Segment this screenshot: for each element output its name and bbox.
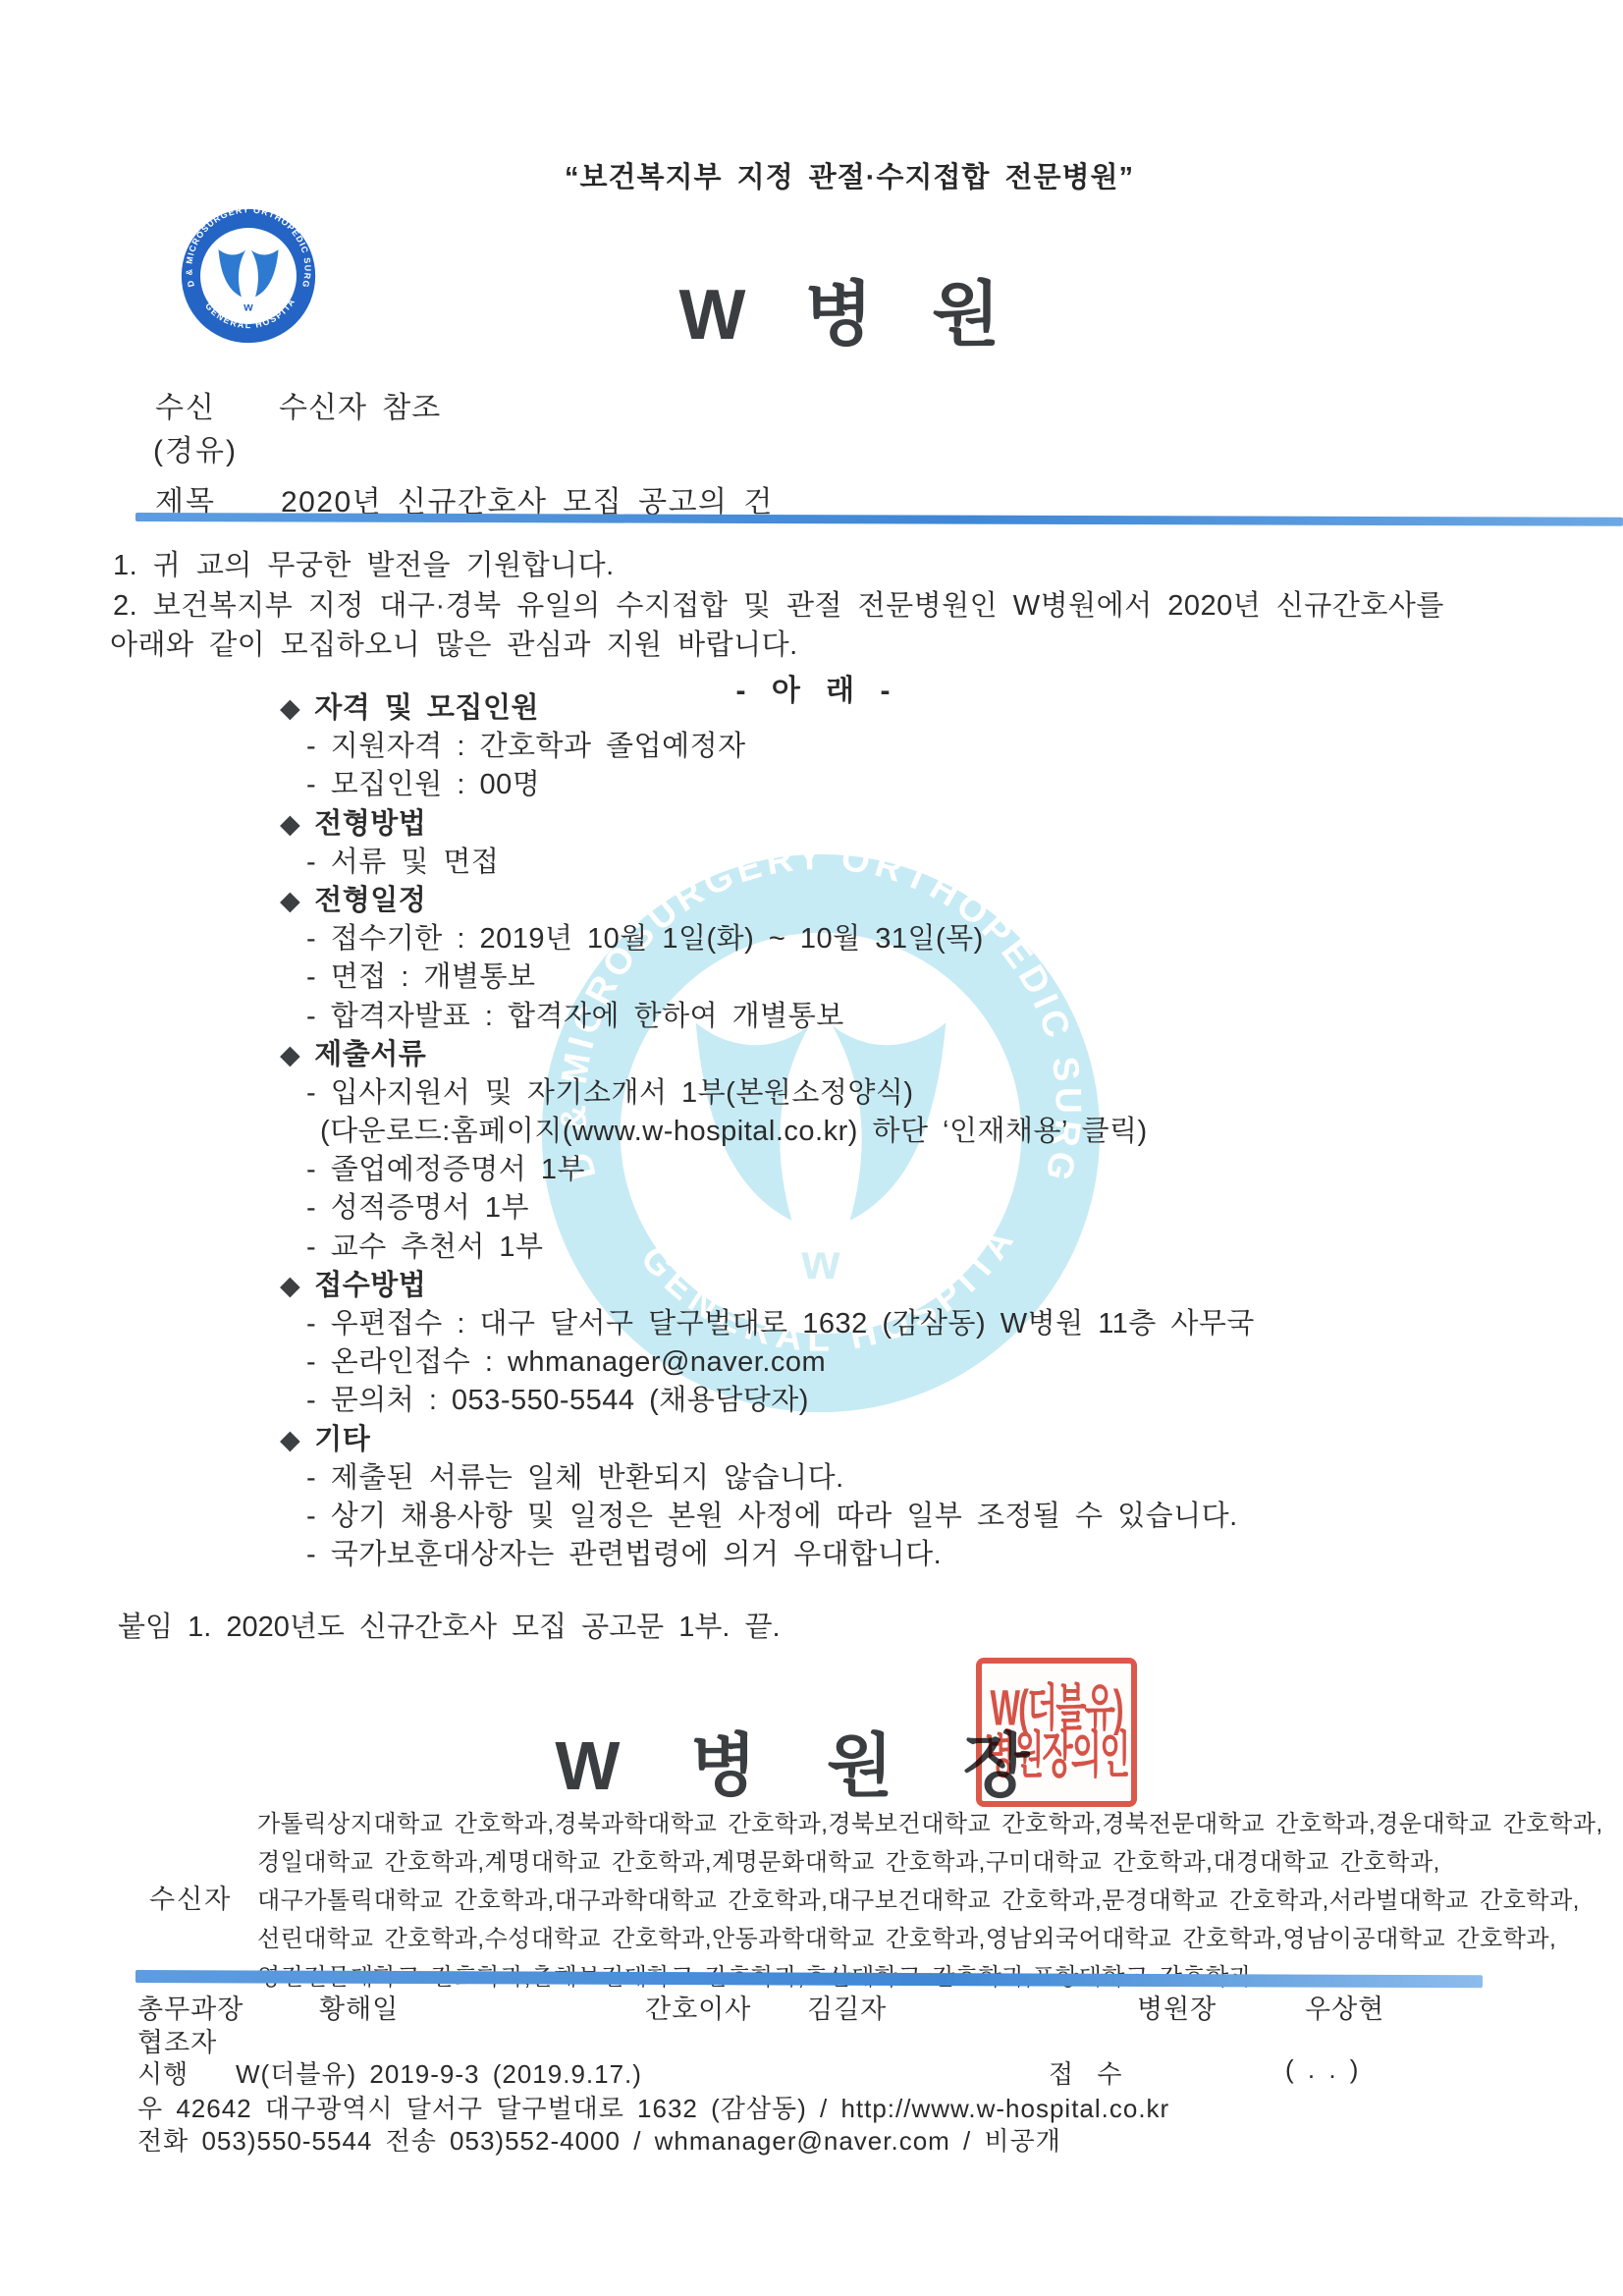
director-red-seal-stamp: W(더블유) 병원장의인	[976, 1658, 1137, 1807]
section-title-row: ◆전형일정	[0, 882, 1623, 920]
approver-name: 우상현	[1305, 1988, 1384, 2026]
section-title-row: ◆전형방법	[0, 805, 1623, 844]
svg-text:w: w	[243, 301, 253, 314]
list-item: - 접수기한 : 2019년 10월 1일(화) ~ 10월 31일(목)	[0, 920, 1623, 958]
diamond-bullet-icon: ◆	[280, 886, 300, 915]
address-line: 우 42642 대구광역시 달서구 달구벌대로 1632 (감삼동) / htt…	[137, 2089, 1169, 2125]
official-document-page: HAND & MICROSURGERY ORTHOPEDIC SURGERY W…	[0, 0, 1623, 2296]
recipients-line: 가톨릭상지대학교 간호학과,경북과학대학교 간호학과,경북보건대학교 간호학과,…	[257, 1805, 1573, 1843]
list-item: - 지원자격 : 간호학과 졸업예정자	[0, 728, 1623, 766]
via-label: (경유)	[153, 426, 238, 469]
list-item: - 성적증명서 1부	[0, 1189, 1623, 1228]
body-paragraph-1: 1. 귀 교의 무궁한 발전을 기원합니다.	[113, 546, 1546, 585]
diamond-bullet-icon: ◆	[280, 1040, 300, 1069]
list-item-continuation: (다운로드:홈페이지(www.w-hospital.co.kr) 하단 ‘인재채…	[0, 1113, 1623, 1151]
receipt-label: 접 수	[1049, 2054, 1127, 2091]
list-item: - 국가보훈대상자는 관련법령에 의거 우대합니다.	[0, 1536, 1623, 1574]
stamp-line-2: 병원장의인	[985, 1721, 1129, 1791]
list-item: - 졸업예정증명서 1부	[0, 1151, 1623, 1189]
enforce-value: W(더블유) 2019-9-3 (2019.9.17.)	[236, 2054, 642, 2091]
body-paragraph-2: 2. 보건복지부 지정 대구·경북 유일의 수지접합 및 관절 전문병원인 W병…	[113, 586, 1566, 626]
hospital-name-title: W 병 원	[295, 257, 1404, 359]
body-paragraph-3: 아래와 같이 모집하오니 많은 관심과 지원 바랍니다.	[110, 626, 1543, 665]
enforce-label: 시행	[137, 2054, 189, 2091]
diamond-bullet-icon: ◆	[280, 1271, 300, 1300]
section-title-row: ◆자격 및 모집인원	[0, 689, 1623, 728]
ministry-designation-quote: “보건복지부 지정 관절·수지접합 전문병원”	[295, 155, 1404, 195]
list-item: - 우편접수 : 대구 달서구 달구벌대로 1632 (감삼동) W병원 11층…	[0, 1305, 1623, 1343]
notice-list: ◆자격 및 모집인원 - 지원자격 : 간호학과 졸업예정자 - 모집인원 : …	[0, 689, 1623, 1574]
approver-role: 병원장	[1137, 1988, 1217, 2026]
list-item: - 서류 및 면접	[0, 844, 1623, 882]
section-title: 전형방법	[314, 808, 426, 840]
recipients-label: 수신자	[149, 1878, 232, 1916]
list-item: - 온라인접수 : whmanager@naver.com	[0, 1343, 1623, 1382]
section-title: 전형일정	[314, 885, 426, 916]
list-item: - 모집인원 : 00명	[0, 766, 1623, 804]
subject-divider-line	[135, 513, 1623, 526]
diamond-bullet-icon: ◆	[280, 1425, 300, 1454]
list-item: - 제출된 서류는 일체 반환되지 않습니다.	[0, 1459, 1623, 1498]
section-title: 제출서류	[314, 1039, 426, 1070]
section-title-row: ◆접수방법	[0, 1267, 1623, 1305]
approver-role: 간호이사	[645, 1988, 751, 2026]
section-title: 기타	[314, 1424, 370, 1455]
section-title-row: ◆제출서류	[0, 1036, 1623, 1074]
approver-name: 김길자	[807, 1988, 887, 2026]
receipt-paren: ( . . )	[1285, 2054, 1359, 2085]
attachment-line: 붙임 1. 2020년도 신규간호사 모집 공고문 1부. 끝.	[118, 1605, 781, 1645]
recipients-line: 선린대학교 간호학과,수성대학교 간호학과,안동과학대학교 간호학과,영남외국어…	[257, 1920, 1573, 1958]
section-title-row: ◆기타	[0, 1421, 1623, 1459]
list-item: - 입사지원서 및 자기소개서 1부(본원소정양식)	[0, 1074, 1623, 1113]
list-item: - 교수 추천서 1부	[0, 1229, 1623, 1267]
recipient-label: 수신	[155, 383, 216, 426]
approver-name: 황해일	[319, 1988, 399, 2026]
list-item: - 면접 : 개별통보	[0, 958, 1623, 997]
diamond-bullet-icon: ◆	[280, 809, 300, 839]
list-item: - 합격자발표 : 합격자에 한하여 개별통보	[0, 998, 1623, 1036]
list-item: - 상기 채용사항 및 일정은 본원 사정에 따라 일부 조정될 수 있습니다.	[0, 1498, 1623, 1536]
diamond-bullet-icon: ◆	[280, 693, 300, 723]
phone-line: 전화 053)550-5544 전송 053)552-4000 / whmana…	[137, 2121, 1061, 2158]
recipients-list: 가톨릭상지대학교 간호학과,경북과학대학교 간호학과,경북보건대학교 간호학과,…	[257, 1805, 1573, 1996]
recipients-line: 대구가톨릭대학교 간호학과,대구과학대학교 간호학과,대구보건대학교 간호학과,…	[257, 1882, 1573, 1920]
section-title: 자격 및 모집인원	[314, 692, 539, 724]
section-title: 접수방법	[314, 1270, 426, 1301]
recipients-line: 경일대학교 간호학과,계명대학교 간호학과,계명문화대학교 간호학과,구미대학교…	[257, 1843, 1573, 1882]
list-item: - 문의처 : 053-550-5544 (채용담당자)	[0, 1382, 1623, 1420]
recipient-value: 수신자 참조	[279, 383, 441, 426]
